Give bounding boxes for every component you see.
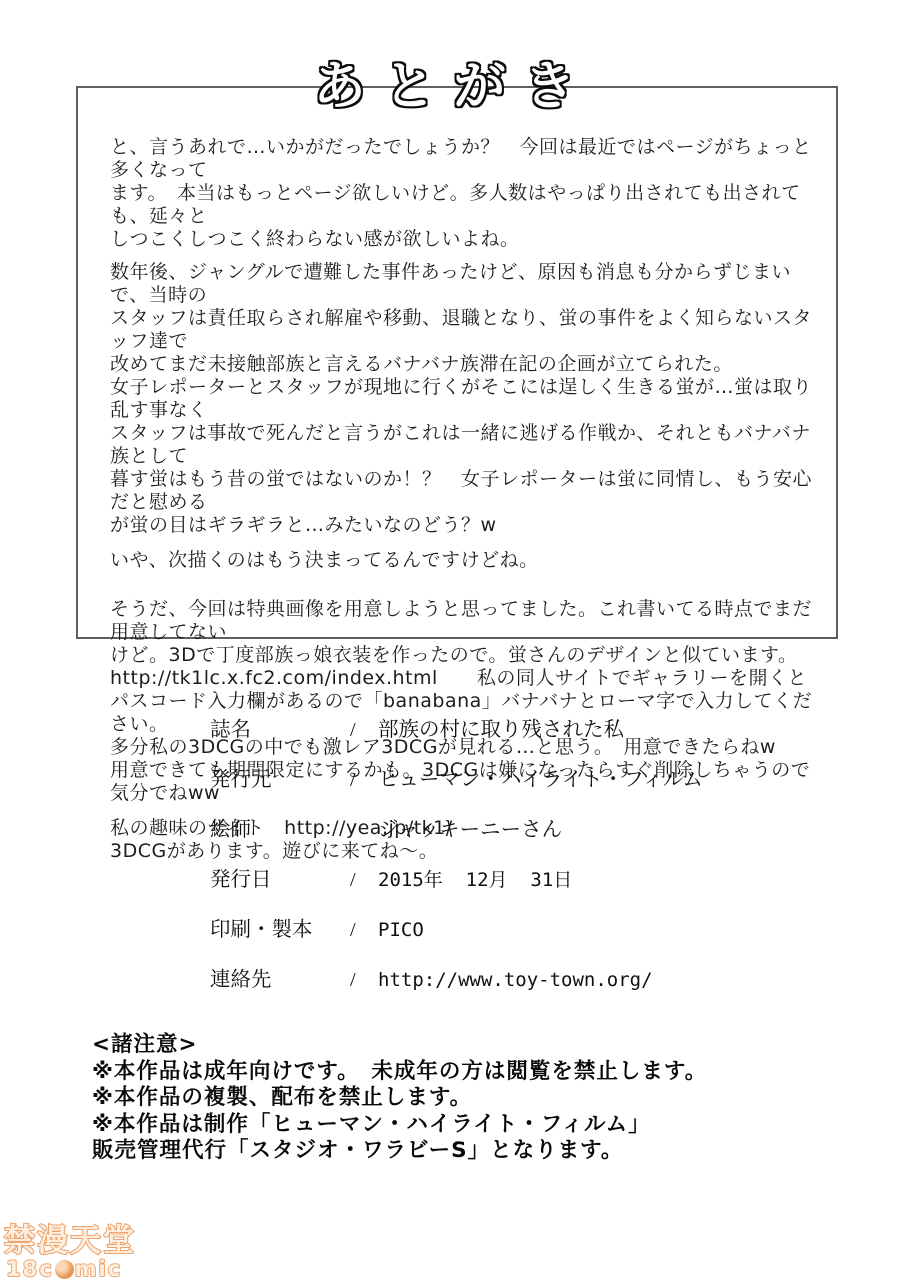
notice-line: 販売管理代行「スタジオ・ワラビーS」となります。 xyxy=(92,1138,707,1165)
pub-label: 誌名 xyxy=(210,712,350,742)
pub-value: 部族の村に取り残された私 xyxy=(378,712,624,742)
notice-line: ※本作品は成年向けです。 未成年の方は閲覧を禁止します。 xyxy=(92,1059,707,1086)
pub-row-title: 誌名 / 部族の村に取り残された私 xyxy=(210,712,703,762)
afterword-paragraph: いや、次描くのはもう決まってるんですけどね。 xyxy=(110,549,824,572)
watermark-brand-suffix: mic xyxy=(75,1259,123,1280)
afterword-paragraph: 数年後、ジャングルで遭難した事件あったけど、原因も消息も分からずじまいで、当時の… xyxy=(110,261,824,537)
pub-separator: / xyxy=(350,769,378,792)
notices-section: <諸注意> ※本作品は成年向けです。 未成年の方は閲覧を禁止します。 ※本作品の… xyxy=(92,1032,707,1165)
watermark-title: 禁漫天堂 xyxy=(4,1226,136,1257)
notice-line: ※本作品の複製、配布を禁止します。 xyxy=(92,1085,707,1112)
notice-line: ※本作品は制作「ヒューマン・ハイライト・フィルム」 xyxy=(92,1112,707,1139)
pub-row-date: 発行日 / 2015年 12月 31日 xyxy=(210,862,703,912)
notices-heading: <諸注意> xyxy=(92,1032,707,1059)
pufferfish-logo-icon xyxy=(55,1260,74,1279)
pub-separator: / xyxy=(350,969,378,992)
pub-row-publisher: 発行元 / ヒューマン・ハイライト・フィルム xyxy=(210,762,703,812)
pub-separator: / xyxy=(350,919,378,942)
pub-separator: / xyxy=(350,869,378,892)
watermark-brand: 18c mic xyxy=(6,1259,136,1280)
pub-label: 印刷・製本 xyxy=(210,912,350,942)
afterword-box: と、言うあれで…いかがだったでしょうか？ 今回は最近ではページがちょっと多くなっ… xyxy=(76,86,838,639)
pub-separator: / xyxy=(350,819,378,842)
pub-value: ジャッキーニーさん xyxy=(378,812,562,842)
pub-label: 発行日 xyxy=(210,862,350,892)
pub-value: 2015年 12月 31日 xyxy=(378,865,572,892)
pub-value: http://www.toy-town.org/ xyxy=(378,969,653,991)
pub-value: PICO xyxy=(378,919,424,941)
pub-row-contact: 連絡先 / http://www.toy-town.org/ xyxy=(210,962,703,1012)
pub-row-printer: 印刷・製本 / PICO xyxy=(210,912,703,962)
site-watermark: 禁漫天堂 18c mic xyxy=(4,1226,136,1280)
pub-row-artist: 絵師 / ジャッキーニーさん xyxy=(210,812,703,862)
pub-label: 発行元 xyxy=(210,762,350,792)
pub-label: 絵師 xyxy=(210,812,350,842)
watermark-brand-prefix: 18c xyxy=(6,1259,54,1280)
publication-info: 誌名 / 部族の村に取り残された私 発行元 / ヒューマン・ハイライト・フィルム… xyxy=(210,712,703,1012)
pub-separator: / xyxy=(350,719,378,742)
pub-label: 連絡先 xyxy=(210,962,350,992)
afterword-paragraph: と、言うあれで…いかがだったでしょうか？ 今回は最近ではページがちょっと多くなっ… xyxy=(110,136,824,251)
pub-value: ヒューマン・ハイライト・フィルム xyxy=(378,762,703,792)
